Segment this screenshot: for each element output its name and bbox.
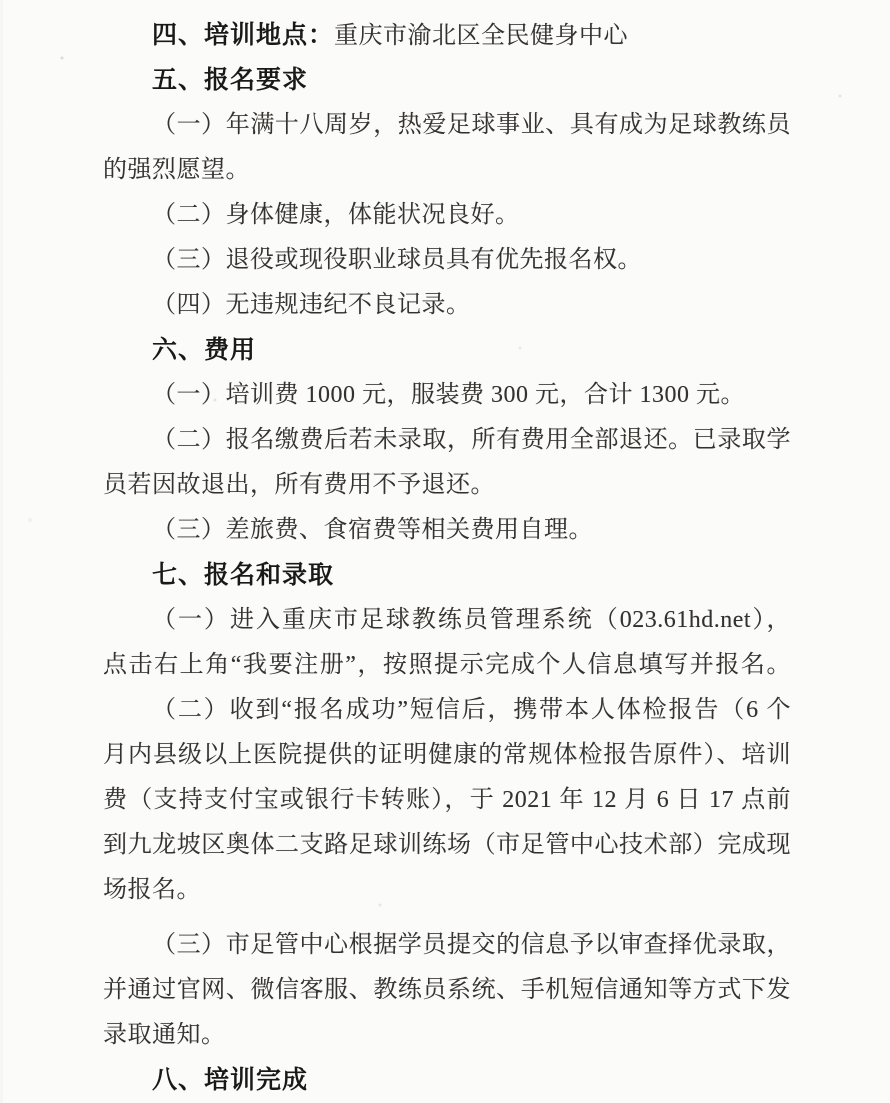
text-line: 到九龙坡区奥体二支路足球训练场（市足管中心技术部）完成现 (103, 823, 791, 868)
text-line: （二）身体健康，体能状况良好。 (103, 193, 791, 238)
text-line: 并通过官网、微信客服、教练员系统、手机短信通知等方式下发 (103, 968, 791, 1013)
text-line: 录取通知。 (103, 1013, 791, 1058)
section-heading-label: 四、培训地点： (152, 21, 334, 49)
document-body: 四、培训地点：重庆市渝北区全民健身中心 五、报名要求 （一）年满十八周岁，热爱足… (103, 13, 791, 1103)
text-line: （三）退役或现役职业球员具有优先报名权。 (103, 238, 791, 283)
text-line: （二）收到“报名成功”短信后，携带本人体检报告（6 个 (103, 688, 791, 733)
text-line: （三）差旅费、食宿费等相关费用自理。 (103, 508, 791, 553)
text-line: （一）年满十八周岁，热爱足球事业、具有成为足球教练员 (103, 103, 791, 148)
text-line: （一）进入重庆市足球教练员管理系统（023.61hd.net）， (103, 598, 791, 643)
document-page: 四、培训地点：重庆市渝北区全民健身中心 五、报名要求 （一）年满十八周岁，热爱足… (0, 0, 890, 1103)
section-heading-7: 七、报名和录取 (103, 553, 791, 598)
text-line: （四）无违规违纪不良记录。 (103, 283, 791, 328)
section-heading-5: 五、报名要求 (103, 58, 791, 103)
text-line: 的强烈愿望。 (103, 148, 791, 193)
section-heading-4: 四、培训地点：重庆市渝北区全民健身中心 (103, 13, 791, 58)
section-heading-value: 重庆市渝北区全民健身中心 (334, 23, 628, 49)
text-line: （三）市足管中心根据学员提交的信息予以审查择优录取， (103, 923, 791, 968)
section-heading-6: 六、费用 (103, 328, 791, 373)
text-line: 费（支持支付宝或银行卡转账），于 2021 年 12 月 6 日 17 点前 (103, 778, 791, 823)
text-line: 点击右上角“我要注册”，按照提示完成个人信息填写并报名。 (103, 643, 791, 688)
text-line: （二）报名缴费后若未录取，所有费用全部退还。已录取学 (103, 418, 791, 463)
text-line: 场报名。 (103, 868, 791, 913)
text-line: （一）培训费 1000 元，服装费 300 元，合计 1300 元。 (103, 373, 791, 418)
text-line: 员若因故退出，所有费用不予退还。 (103, 463, 791, 508)
text-line: 月内县级以上医院提供的证明健康的常规体检报告原件）、培训 (103, 733, 791, 778)
section-heading-8: 八、培训完成 (103, 1058, 791, 1103)
